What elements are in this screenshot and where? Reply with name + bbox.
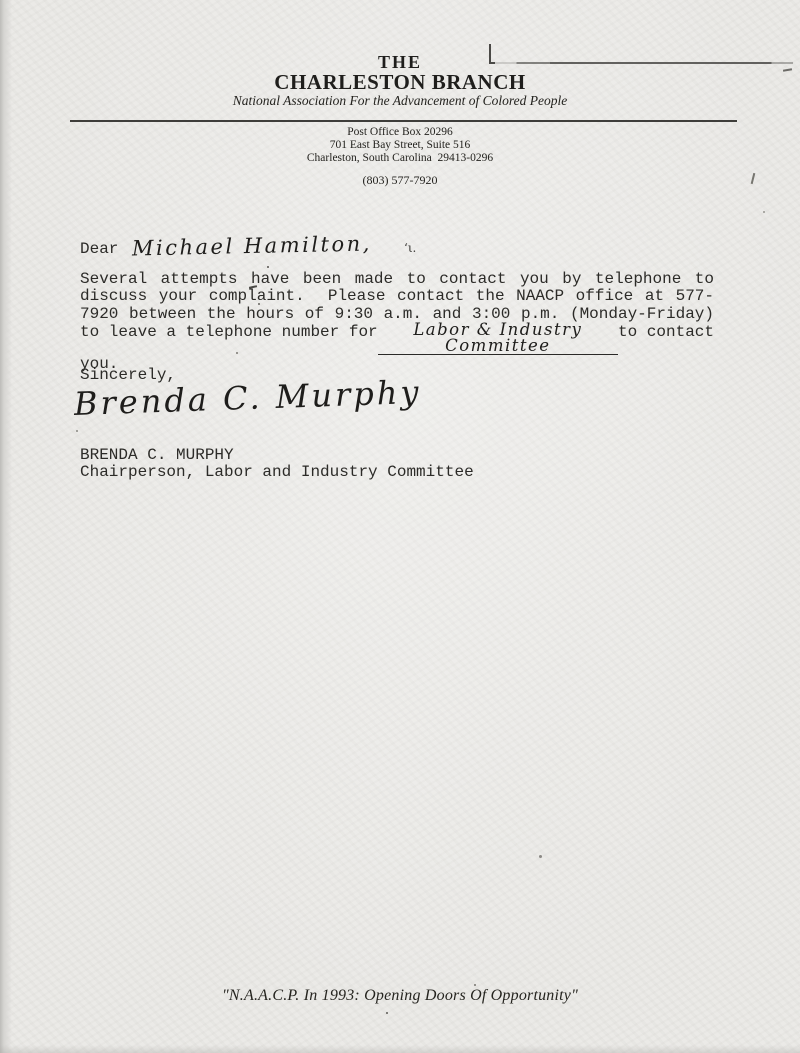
scan-artifact-horizontal-line [489,62,793,64]
letterhead-branch-title: CHARLESTON BRANCH [0,70,800,95]
salutation-line: Dear Michael Hamilton, [80,234,372,258]
body-line-4-typed-pre: to leave a telephone number for [80,324,378,341]
body-line-1: Several attempts have been made to conta… [80,271,714,288]
stray-ink-mark: ʻι. [404,241,416,255]
address-city: Charleston, South Carolina 29413-0296 [0,152,800,165]
scan-speck [474,984,476,986]
scan-edge-shadow-bottom [0,1045,800,1053]
scan-speck [539,855,542,858]
committee-name-handwritten: Labor & Industry Committee [378,322,618,355]
letter-body: Several attempts have been made to conta… [80,271,714,373]
body-line-4-typed-post: to contact [618,324,714,341]
letterhead-phone-number: (803) 577-7920 [0,173,800,188]
scan-speck [236,352,238,354]
scan-speck [258,303,260,305]
footer-slogan: "N.A.A.C.P. In 1993: Opening Doors Of Op… [0,987,800,1005]
scanned-letter-page: THE CHARLESTON BRANCH National Associati… [0,0,800,1053]
letterhead-org-subtitle: National Association For the Advancement… [0,93,800,109]
salutation-label: Dear [80,240,118,258]
letterhead-rule [70,120,737,122]
scan-speck [386,1012,388,1014]
body-line-2: discuss your complaint. Please contact t… [80,288,714,305]
scan-speck [267,266,269,268]
scan-speck [76,430,78,432]
scan-speck [763,211,765,213]
address-street: 701 East Bay Street, Suite 516 [0,139,800,152]
scan-artifact-vertical-tick [489,44,491,64]
letterhead-address-block: Post Office Box 20296 701 East Bay Stree… [0,126,800,164]
recipient-name-handwritten: Michael Hamilton, [132,231,372,260]
signer-title: Chairperson, Labor and Industry Committe… [80,463,474,481]
body-line-3: 7920 between the hours of 9:30 a.m. and … [80,306,714,323]
signer-name: BRENDA C. MURPHY [80,446,234,464]
body-line-4: to leave a telephone number for Labor & … [80,323,714,356]
address-po-box: Post Office Box 20296 [0,126,800,139]
